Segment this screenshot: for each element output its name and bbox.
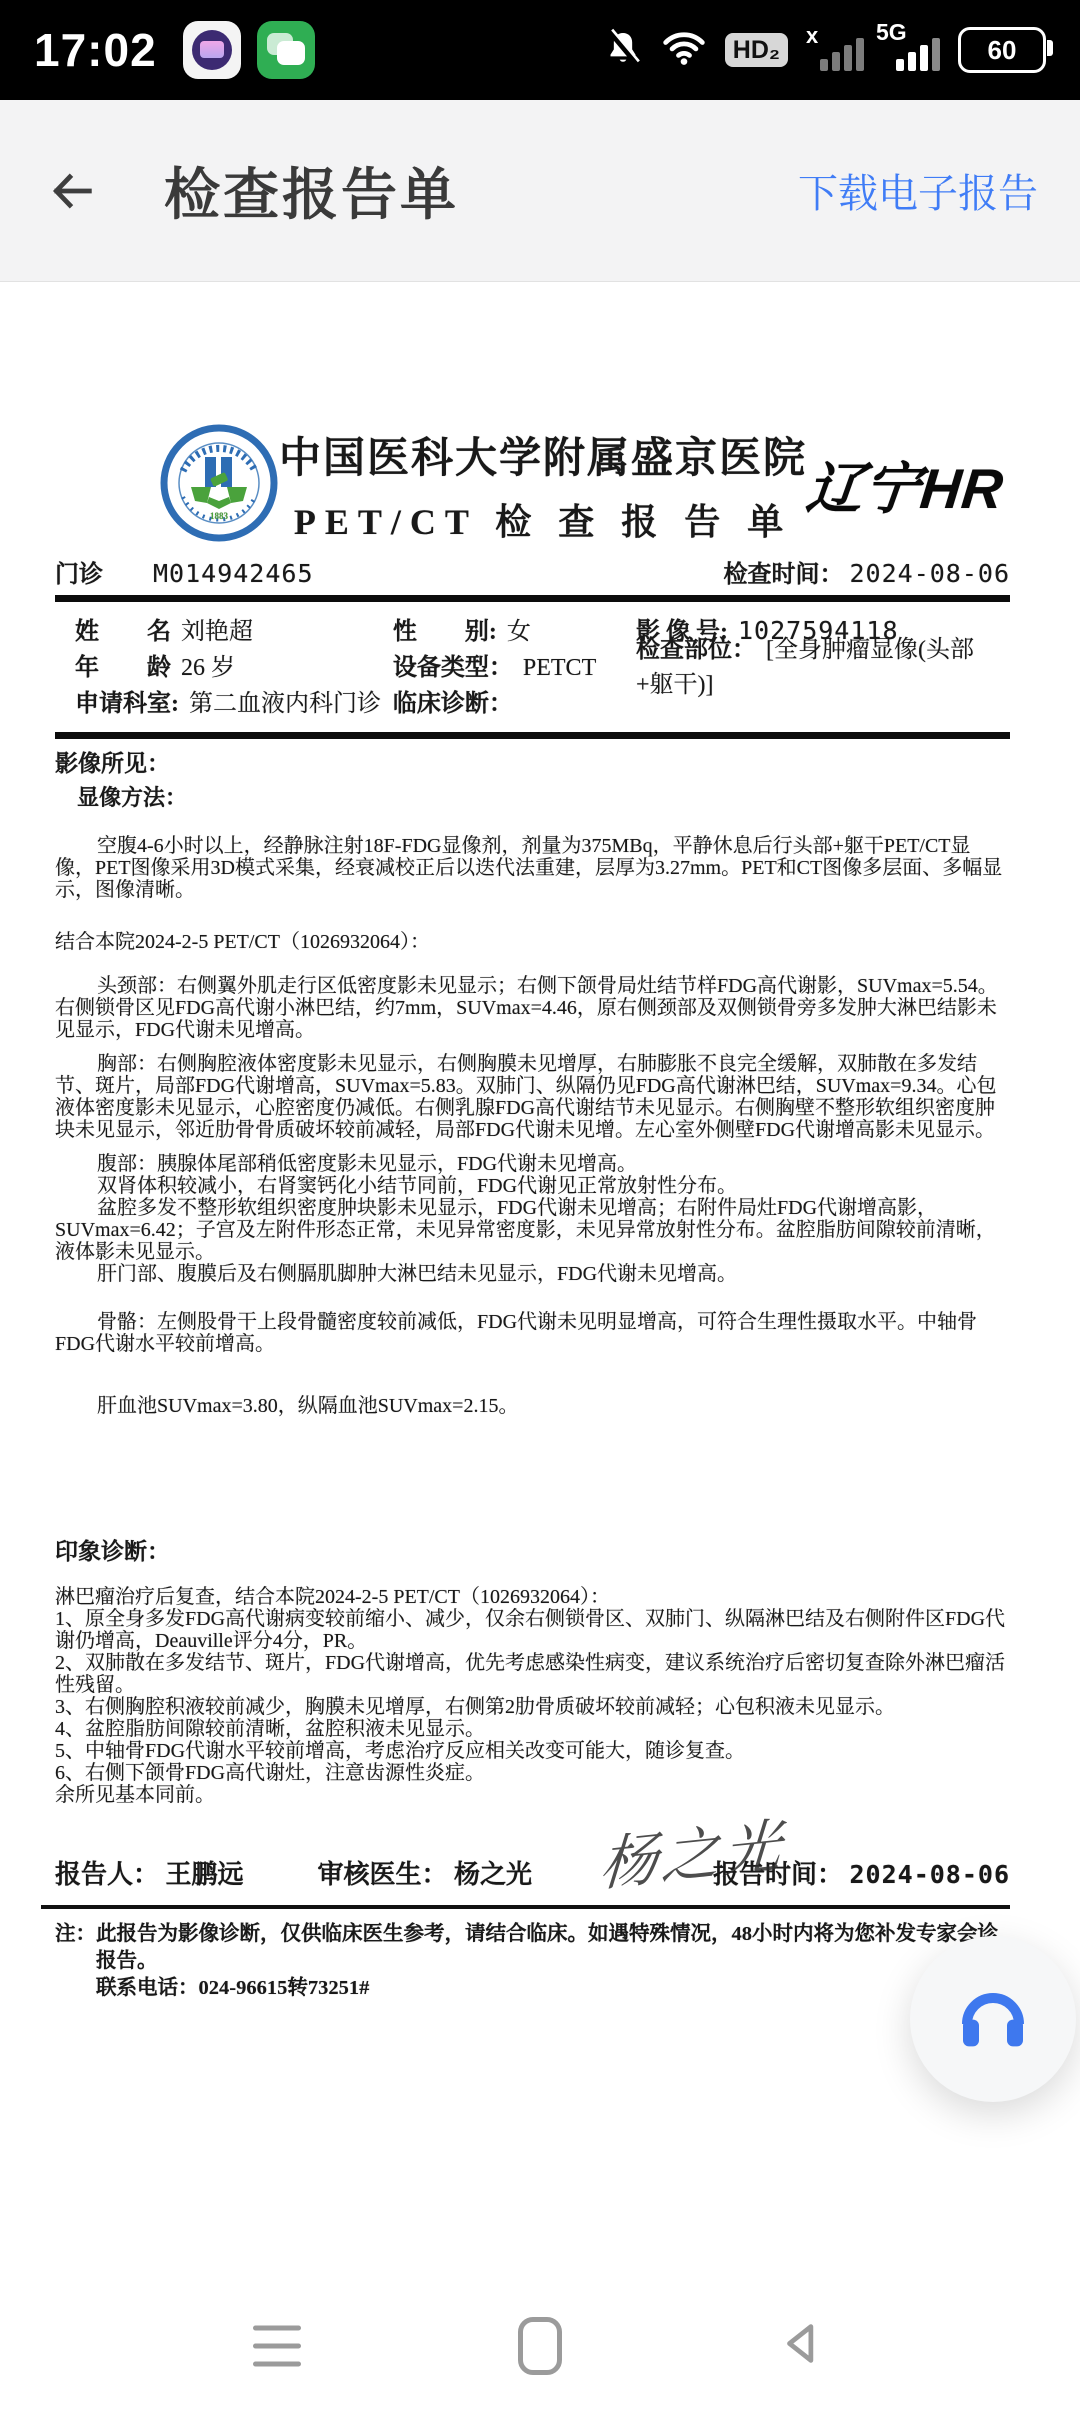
sim2-signal-5g-icon: 5G bbox=[882, 25, 940, 75]
field-label: 申请科室: bbox=[75, 691, 179, 717]
findings-paragraph: 头颈部：右侧翼外肌走行区低密度影未见显示；右侧下颌骨局灶结节样FDG高代谢影，S… bbox=[55, 975, 1010, 1041]
findings-paragraph: 空腹4-6小时以上，经静脉注射18F-FDG显像剂，剂量为375MBq，平静休息… bbox=[55, 835, 1010, 901]
impression-line: 4、盆腔脂肪间隙较前清晰，盆腔积液未见显示。 bbox=[55, 1718, 1010, 1740]
note-text: 此报告为影像诊断，仅供临床医生参考，请结合临床。如遇特殊情况，48小时内将为您补… bbox=[96, 1921, 1010, 1975]
field-value: 26 岁 bbox=[181, 655, 235, 681]
system-nav-bar bbox=[0, 2280, 1080, 2412]
nav-back-button[interactable] bbox=[776, 2317, 830, 2376]
report-time-value: 2024-08-06 bbox=[849, 1860, 1010, 1889]
sim1-signal-icon: x bbox=[806, 25, 864, 75]
findings-paragraph: 双肾体积较减小，右肾窦钙化小结节同前，FDG代谢见正常放射性分布。 bbox=[55, 1175, 1010, 1197]
field-label: 性 别: bbox=[393, 619, 497, 645]
nav-home-button[interactable] bbox=[518, 2317, 562, 2375]
findings-section: 影像所见： 显像方法： 空腹4-6小时以上，经静脉注射18F-FDG显像剂，剂量… bbox=[55, 753, 1010, 1417]
seal-year: 1883 bbox=[210, 511, 229, 521]
mute-icon bbox=[603, 26, 643, 75]
field-value: PETCT bbox=[523, 655, 596, 681]
reviewer-label: 审核医生： bbox=[318, 1860, 448, 1889]
note-label: 注： bbox=[55, 1921, 96, 2002]
divider bbox=[55, 732, 1010, 739]
findings-paragraph: 肝门部、腹膜后及右侧膈肌脚肿大淋巴结未见显示，FDG代谢未见增高。 bbox=[55, 1263, 1010, 1285]
findings-paragraph: 腹部：胰腺体尾部稍低密度影未见显示，FDG代谢未见增高。 bbox=[55, 1153, 1010, 1175]
recent-apps-icon bbox=[253, 2326, 301, 2331]
impression-line: 余所见基本同前。 bbox=[55, 1784, 1010, 1806]
app-header: 检查报告单 下载电子报告 bbox=[0, 100, 1080, 282]
brand-logo: 辽宁HR bbox=[803, 445, 1008, 525]
method-heading: 显像方法： bbox=[77, 787, 1010, 809]
exam-time-value: 2024-08-06 bbox=[849, 559, 1010, 588]
field-label: 设备类型： bbox=[393, 655, 513, 681]
impression-line: 6、右侧下颌骨FDG高代谢灶，注意齿源性炎症。 bbox=[55, 1762, 1010, 1784]
field-value: 女 bbox=[507, 619, 531, 645]
impression-line: 5、中轴骨FDG代谢水平较前增高，考虑治疗反应相关改变可能大，随诊复查。 bbox=[55, 1740, 1010, 1762]
findings-paragraph: 盆腔多发不整形软组织密度肿块影未见显示，FDG代谢未见增高；右附件局灶FDG代谢… bbox=[55, 1197, 1010, 1263]
impression-heading: 印象诊断： bbox=[55, 1533, 1010, 1566]
findings-paragraph: 肝血池SUVmax=3.80，纵隔血池SUVmax=2.15。 bbox=[55, 1395, 1010, 1417]
findings-paragraph: 骨骼：左侧股骨干上段骨髓密度较前减低，FDG代谢未见明显增高，可符合生理性摄取水… bbox=[55, 1311, 1010, 1355]
visit-type-label: 门诊 bbox=[55, 562, 103, 588]
impression-line: 1、原全身多发FDG高代谢病变较前缩小、减少，仅余右侧锁骨区、双肺门、纵隔淋巴结… bbox=[55, 1608, 1010, 1652]
impression-line: 淋巴瘤治疗后复查，结合本院2024-2-5 PET/CT（1026932064）… bbox=[55, 1586, 1010, 1608]
report-meta-row: 门诊 M014942465 检查时间： 2024-08-06 bbox=[55, 554, 1010, 589]
field-value: 刘艳超 bbox=[181, 619, 253, 645]
headset-icon bbox=[953, 1979, 1033, 2059]
patient-table: 姓 名刘艳超 性 别:女 影 像 号:1027594118 年 龄26 岁 设备… bbox=[55, 602, 1010, 726]
report-note: 注： 此报告为影像诊断，仅供临床医生参考，请结合临床。如遇特殊情况，48小时内将… bbox=[55, 1921, 1010, 2002]
field-label: 年 龄 bbox=[75, 655, 171, 681]
findings-paragraph: 结合本院2024-2-5 PET/CT（1026932064）： bbox=[55, 931, 1010, 953]
reviewer-name: 杨之光 bbox=[454, 1860, 532, 1889]
page-title: 检查报告单 bbox=[164, 151, 459, 231]
back-arrow-icon bbox=[46, 165, 98, 217]
hd-voice-badge: HD₂ bbox=[725, 33, 788, 67]
wifi-icon bbox=[661, 26, 707, 75]
signature-row: 报告人： 王鹏远 审核医生： 杨之光 杨之光 报告时间： 2024-08-06 bbox=[55, 1854, 1010, 1891]
back-button[interactable] bbox=[42, 161, 102, 221]
findings-paragraph: 胸部：右侧胸腔液体密度影未见显示，右侧胸膜未见增厚，右肺膨胀不良完全缓解，双肺散… bbox=[55, 1053, 1010, 1141]
box-app-icon-box bbox=[200, 41, 224, 58]
field-label: 临床诊断： bbox=[393, 691, 513, 717]
nav-recent-button[interactable] bbox=[253, 2326, 301, 2367]
findings-heading: 影像所见： bbox=[55, 753, 1010, 775]
divider bbox=[55, 595, 1010, 602]
notification-app-icons bbox=[183, 21, 315, 79]
impression-line: 2、双肺散在多发结节、斑片，FDG代谢增高，优先考虑感染性病变，建议系统治疗后密… bbox=[55, 1652, 1010, 1696]
status-time: 17:02 bbox=[34, 23, 157, 77]
report-title: PET/CT 检 查 报 告 单 bbox=[279, 494, 807, 545]
reporter-name: 王鹏远 bbox=[166, 1860, 244, 1889]
hospital-seal: 1883 bbox=[159, 423, 279, 548]
impression-line: 3、右侧胸腔积液较前减少，胸膜未见增厚，右侧第2肋骨质破坏较前减轻；心包积液未见… bbox=[55, 1696, 1010, 1718]
box-app-icon bbox=[183, 21, 241, 79]
battery-icon: 60 bbox=[958, 27, 1046, 73]
note-phone: 联系电话：024-96615转73251# bbox=[96, 1975, 1010, 2002]
chat-bubble-icon bbox=[277, 41, 305, 65]
headset-fab[interactable] bbox=[910, 1936, 1076, 2102]
report-header: 1883 中国医科大学附属盛京医院 PET/CT 检 查 报 告 单 辽宁HR bbox=[159, 424, 1010, 546]
messages-app-icon bbox=[257, 21, 315, 79]
download-report-link[interactable]: 下载电子报告 bbox=[798, 162, 1038, 219]
reporter-label: 报告人： bbox=[55, 1860, 159, 1889]
impression-section: 印象诊断： 淋巴瘤治疗后复查，结合本院2024-2-5 PET/CT（10269… bbox=[55, 1533, 1010, 1806]
exam-time-label: 检查时间： bbox=[723, 562, 843, 588]
status-bar: 17:02 HD₂ x 5G bbox=[0, 0, 1080, 100]
table-row: 年 龄26 岁 设备类型：PETCT 检查部位：[全身肿瘤显像(头部+躯干)] bbox=[75, 646, 1010, 682]
field-label: 检查部位： bbox=[636, 637, 756, 663]
nav-back-icon bbox=[776, 2317, 830, 2371]
hospital-name: 中国医科大学附属盛京医院 bbox=[279, 425, 807, 485]
battery-level: 60 bbox=[988, 35, 1017, 66]
field-label: 姓 名 bbox=[75, 619, 171, 645]
table-row: 申请科室:第二血液内科门诊 临床诊断： bbox=[75, 682, 1010, 718]
field-value: 第二血液内科门诊 bbox=[189, 691, 381, 717]
divider bbox=[41, 1905, 1010, 1909]
visit-number: M014942465 bbox=[153, 559, 314, 588]
